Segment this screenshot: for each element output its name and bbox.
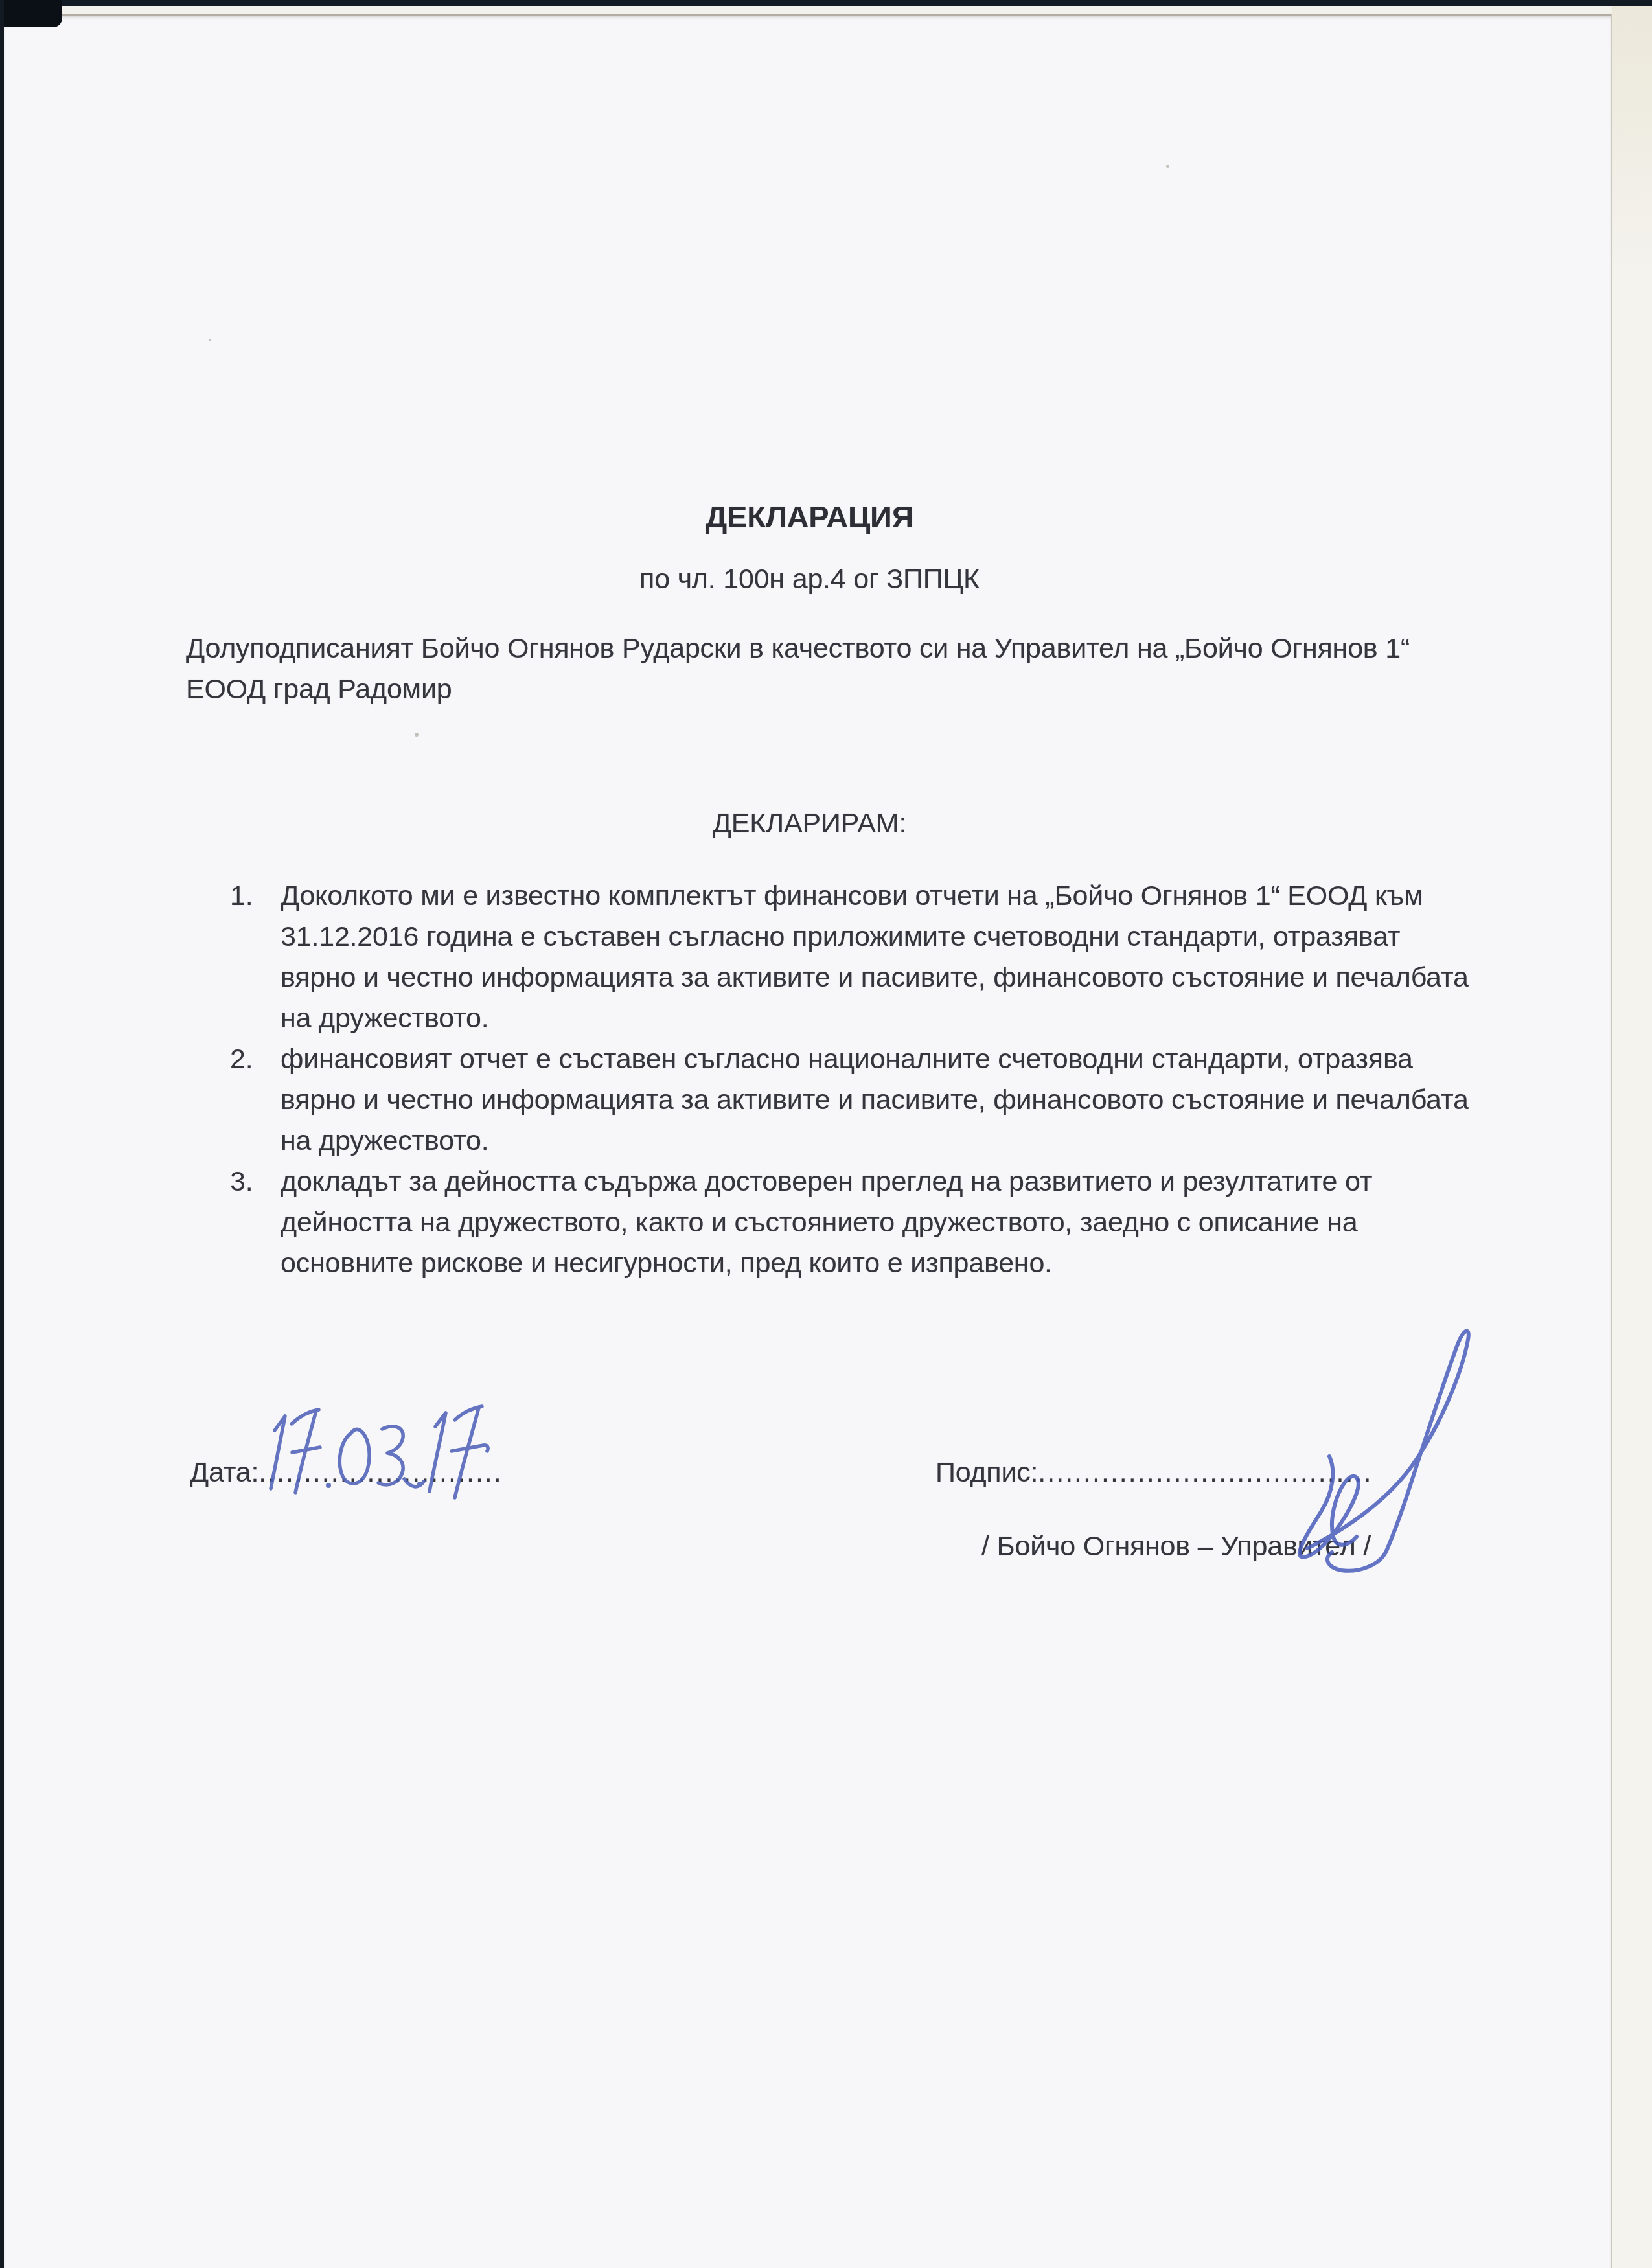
- intro-line: Долуподписаният Бойчо Огнянов Рударски в…: [186, 628, 1433, 669]
- list-line: докладът за дейността съдържа достоверен…: [281, 1162, 1433, 1202]
- list-item-text: финансовият отчет е съставен съгласно на…: [281, 1039, 1469, 1162]
- declare-heading: ДЕКЛАРИРАМ:: [186, 803, 1433, 844]
- date-line: Дата:...........................: [190, 1452, 503, 1493]
- signature-dotted-line: .....................................: [1038, 1457, 1372, 1488]
- signature-line: Подпис:.................................…: [935, 1452, 1372, 1493]
- document-content: ДЕКЛАРАЦИЯ по чл. 100н ар.4 ог ЗППЦК Дол…: [186, 0, 1433, 2268]
- list-item-number: 2.: [230, 1039, 281, 1162]
- scanned-document-page: ДЕКЛАРАЦИЯ по чл. 100н ар.4 ог ЗППЦК Дол…: [0, 0, 1652, 2268]
- declaration-list: 1. Доколкото ми е известно комплектът фи…: [186, 876, 1433, 1284]
- list-line: основните рискове и несигурности, пред к…: [281, 1243, 1433, 1284]
- list-line: дейността на дружеството, както и състоя…: [281, 1202, 1433, 1243]
- list-item-text: докладът за дейността съдържа достоверен…: [281, 1162, 1433, 1284]
- list-line: финансовият отчет е съставен съгласно на…: [281, 1039, 1469, 1080]
- list-item: 3. докладът за дейността съдържа достове…: [186, 1162, 1433, 1284]
- signature-label: Подпис:: [935, 1457, 1038, 1488]
- list-line: вярно и честно информацията за активите …: [281, 957, 1469, 998]
- list-line: вярно и честно информацията за активите …: [281, 1080, 1469, 1121]
- list-item-text: Доколкото ми е известно комплектът финан…: [281, 876, 1469, 1039]
- list-item: 1. Доколкото ми е известно комплектът фи…: [186, 876, 1433, 1039]
- scanner-corner-shadow: [0, 0, 62, 27]
- list-item-number: 3.: [230, 1162, 281, 1284]
- document-subtitle: по чл. 100н ар.4 ог ЗППЦК: [186, 559, 1433, 600]
- date-label: Дата:: [190, 1457, 258, 1488]
- list-line: на дружеството.: [281, 998, 1469, 1039]
- intro-paragraph: Долуподписаният Бойчо Огнянов Рударски в…: [186, 628, 1433, 710]
- scanner-left-edge: [0, 0, 4, 2268]
- document-title: ДЕКЛАРАЦИЯ: [186, 496, 1433, 537]
- list-item: 2. финансовият отчет е съставен съгласно…: [186, 1039, 1433, 1162]
- list-line: Доколкото ми е известно комплектът финан…: [281, 876, 1469, 917]
- scanner-side-background: [1612, 6, 1652, 2268]
- list-line: на дружеството.: [281, 1121, 1469, 1162]
- list-item-number: 1.: [230, 876, 281, 1039]
- signer-attribution: / Бойчо Огнянов – Управител /: [981, 1526, 1371, 1567]
- list-line: 31.12.2016 година е съставен съгласно пр…: [281, 917, 1469, 957]
- date-dotted-line: ...........................: [258, 1457, 503, 1488]
- intro-line: ЕООД град Радомир: [186, 669, 1433, 710]
